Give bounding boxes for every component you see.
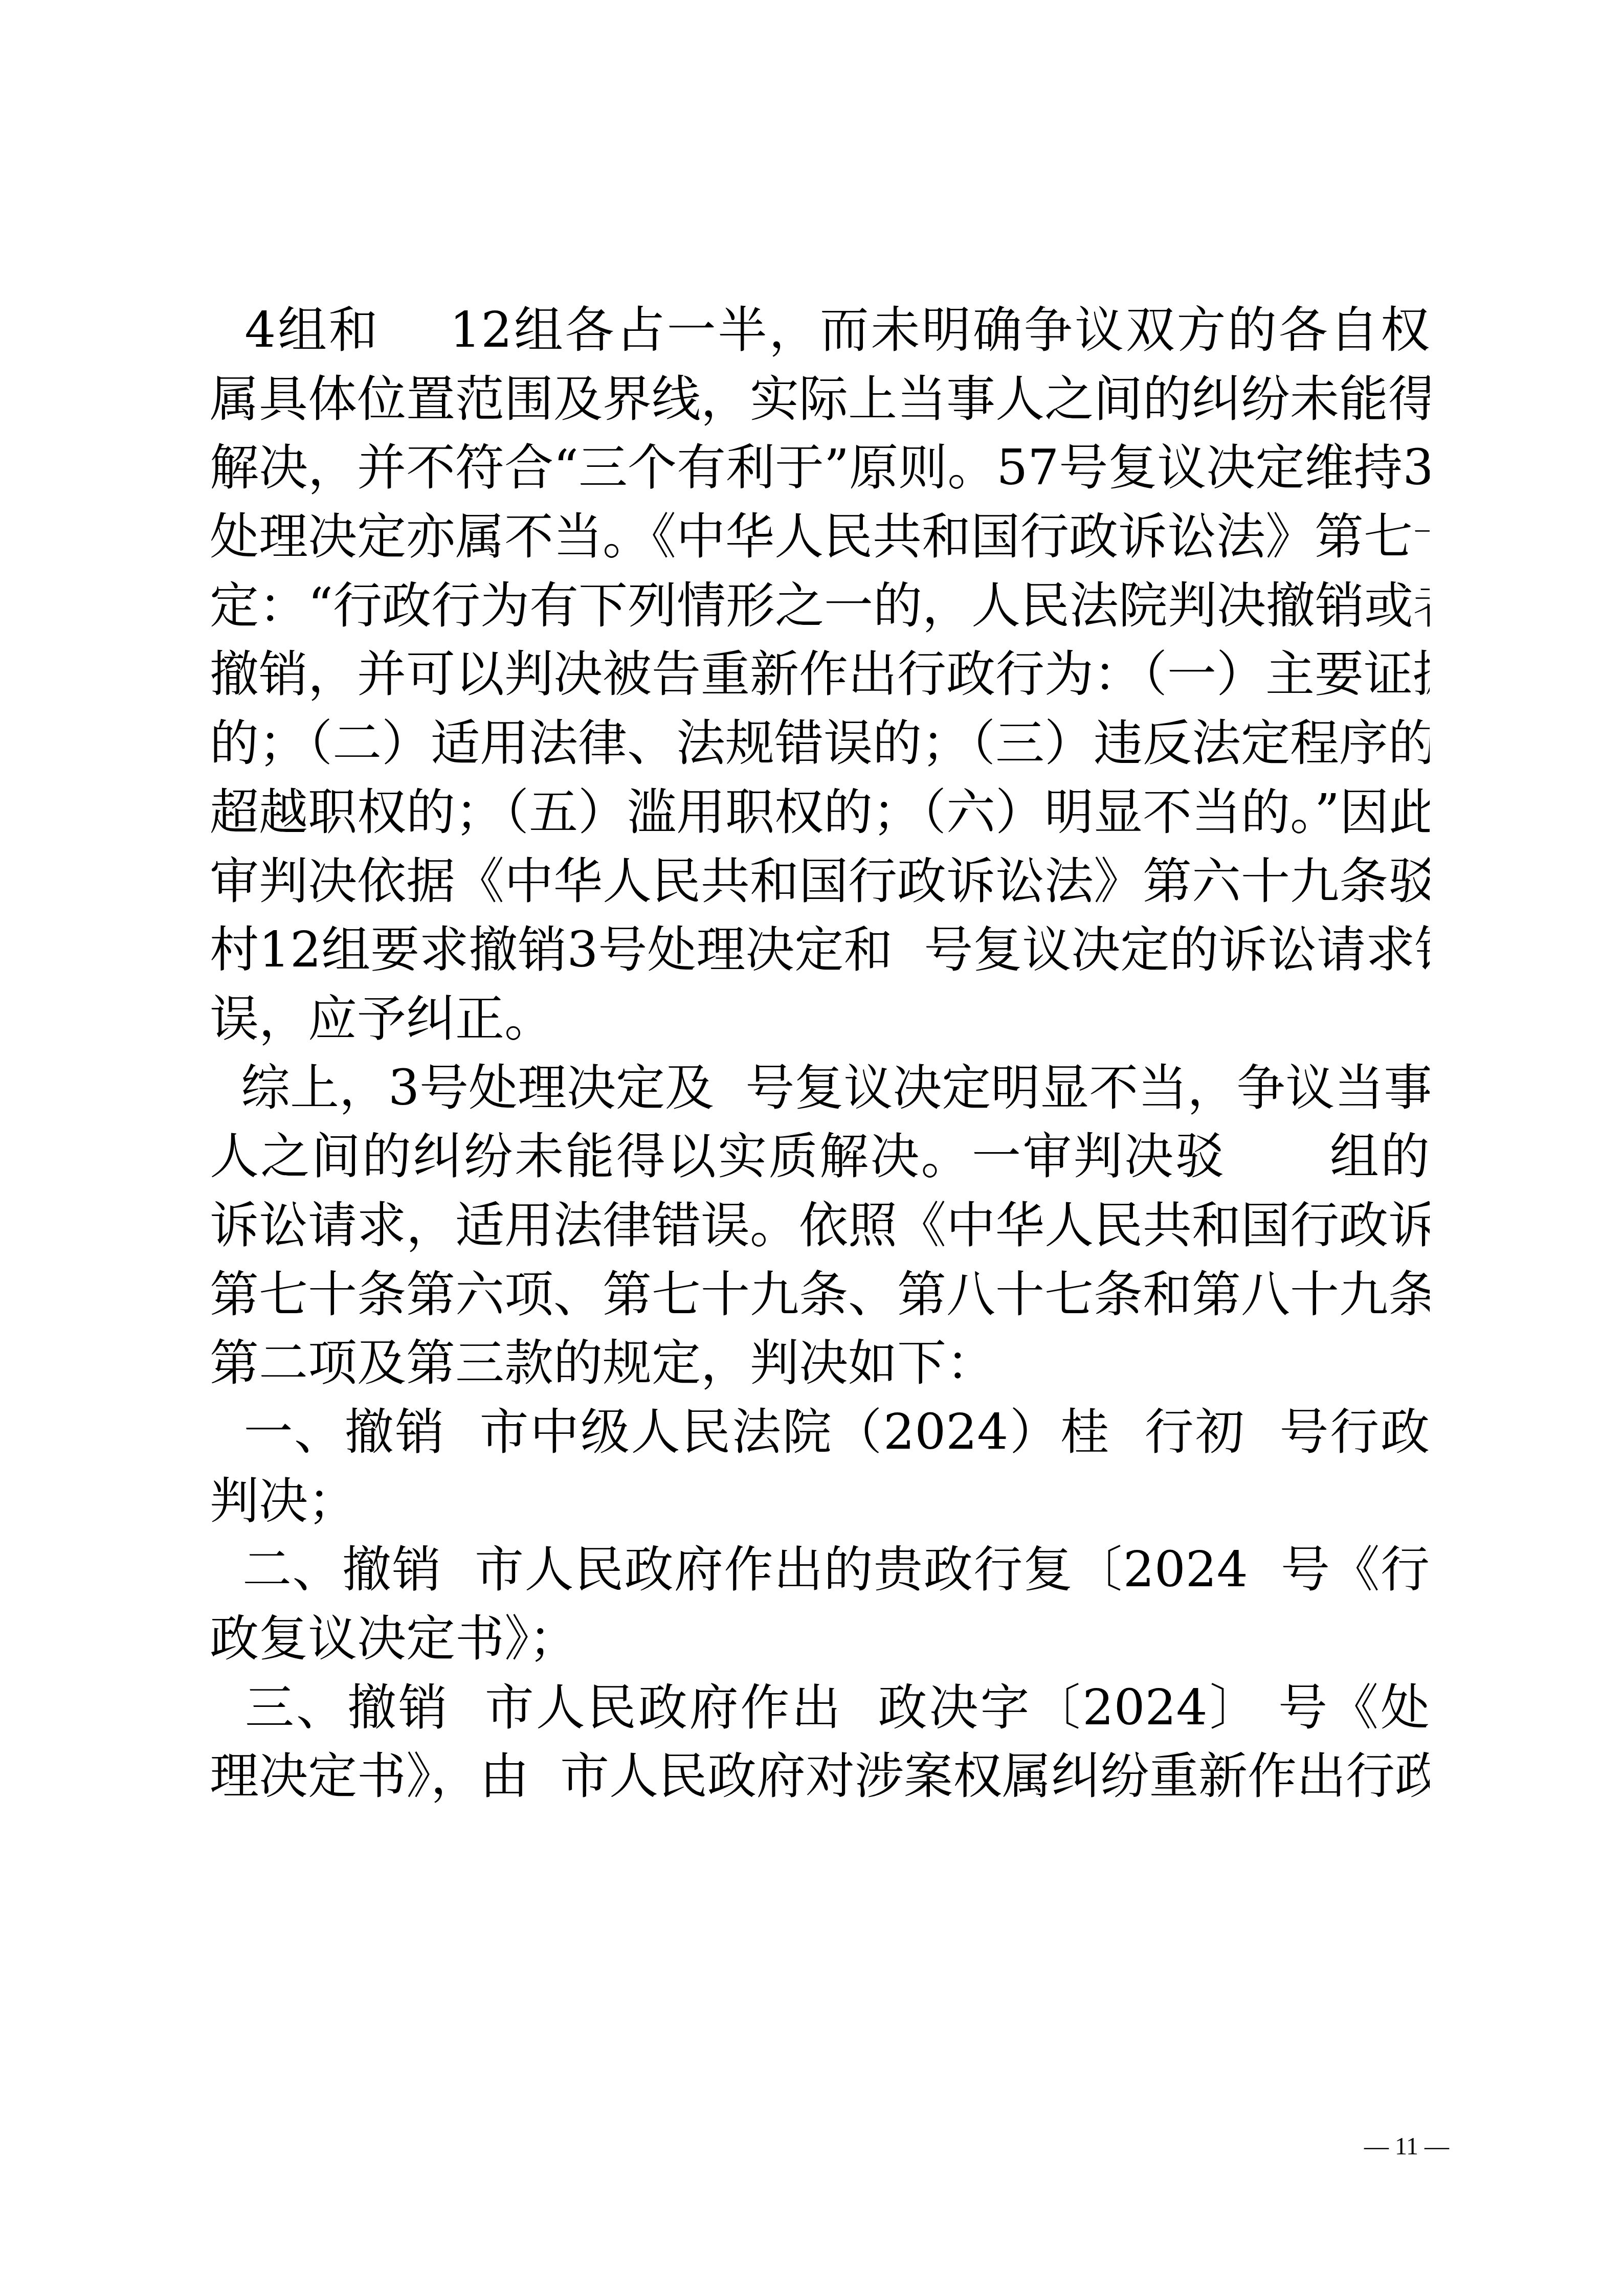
text-line: 一、撤销 市中级人民法院（2024）桂 行初 号行政 xyxy=(210,1398,1430,1467)
text-line: 第二项及第三款的规定，判决如下： xyxy=(210,1329,1430,1398)
text-line: 定：“行政行为有下列情形之一的，人民法院判决撤销或者部分 xyxy=(210,571,1430,640)
text-line: 的；（二）适用法律、法规错误的；（三）违反法定程序的；（四） xyxy=(210,709,1430,778)
text-line: 处理决定亦属不当。《中华人民共和国行政诉讼法》第七十条规 xyxy=(210,502,1430,571)
text-line: 诉讼请求，适用法律错误。依照《中华人民共和国行政诉讼法》 xyxy=(210,1191,1430,1260)
text-line: 综上，3号处理决定及 号复议决定明显不当，争议当事 xyxy=(210,1053,1430,1122)
text-line: 判决； xyxy=(210,1467,1430,1536)
text-line: 第七十条第六项、第七十九条、第八十七条和第八十九条第一款 xyxy=(210,1260,1430,1329)
judgment-body-text: 4组和 12组各占一半，而未明确争议双方的各自权 属具体位置范围及界线，实际上当… xyxy=(210,296,1430,1811)
text-line: 审判决依据《中华人民共和国行政诉讼法》第六十九条驳回朱凤 xyxy=(210,847,1430,916)
text-line: 超越职权的；（五）滥用职权的；（六）明显不当的。”因此，一 xyxy=(210,778,1430,847)
text-line: 人之间的纠纷未能得以实质解决。一审判决驳 组的 xyxy=(210,1122,1430,1191)
text-line: 三、撤销 市人民政府作出 政决字〔2024〕 号《处 xyxy=(210,1673,1430,1742)
text-line: 政复议决定书》； xyxy=(210,1604,1430,1673)
page-number: — 11 — xyxy=(1330,2132,1483,2160)
text-line: 村12组要求撤销3号处理决定和 号复议决定的诉讼请求错 xyxy=(210,915,1430,984)
text-line: 二、撤销 市人民政府作出的贵政行复〔2024 号《行 xyxy=(210,1535,1430,1604)
text-line: 属具体位置范围及界线，实际上当事人之间的纠纷未能得到实质 xyxy=(210,365,1430,434)
text-line: 误，应予纠正。 xyxy=(210,984,1430,1053)
text-line: 撤销，并可以判决被告重新作出行政行为：（一）主要证据不足 xyxy=(210,640,1430,709)
text-line: 理决定书》，由 市人民政府对涉案权属纠纷重新作出行政行 xyxy=(210,1742,1430,1811)
text-line: 解决，并不符合“三个有利于”原则。57号复议决定维持3号 xyxy=(210,433,1430,502)
text-line: 4组和 12组各占一半，而未明确争议双方的各自权 xyxy=(210,296,1430,365)
document-page: 4组和 12组各占一半，而未明确争议双方的各自权 属具体位置范围及界线，实际上当… xyxy=(0,0,1624,2296)
